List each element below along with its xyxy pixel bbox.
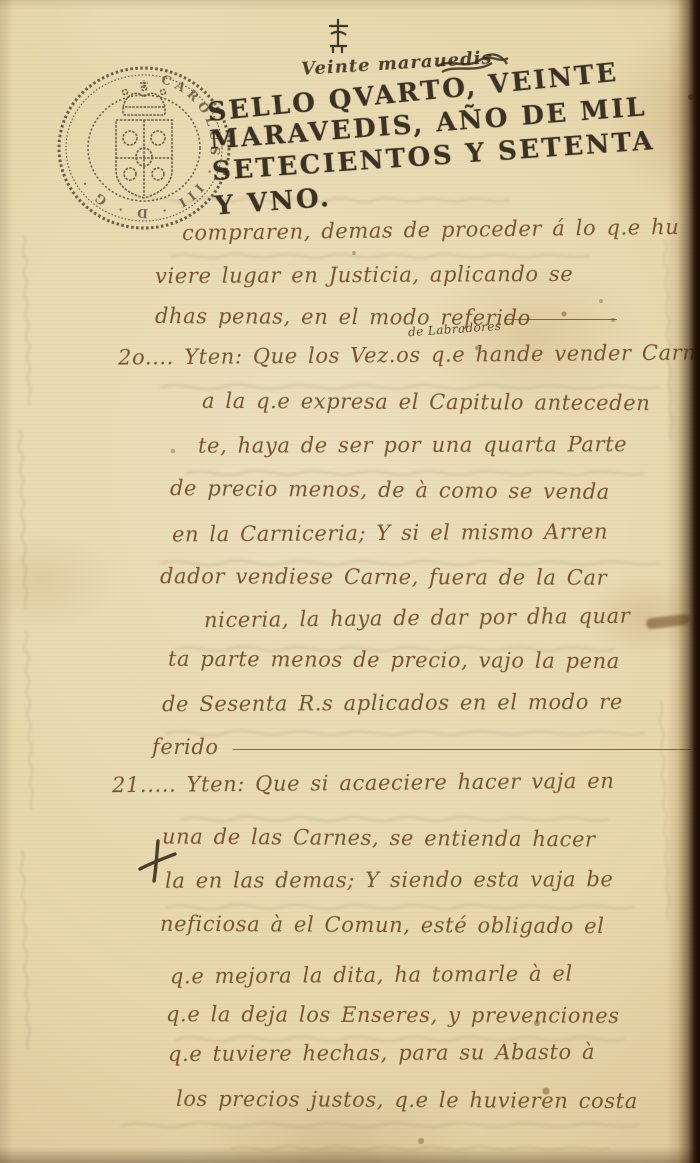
manuscript-line: la en las demas; Y siendo esta vaja be — [165, 866, 613, 894]
notary-cross-icon — [321, 16, 355, 56]
manuscript-line-item-21: 21..... Yten: Que si acaeciere hacer vaj… — [112, 768, 615, 798]
end-of-clause-rule — [233, 749, 691, 750]
manuscript-line: viere lugar en Justicia, aplicando se — [155, 261, 573, 289]
manuscript-page: CAROLUS · III · D · G · Veint — [0, 0, 700, 1163]
manuscript-line: q.e tuviere hechas, para su Abasto à — [168, 1039, 595, 1067]
manuscript-line: te, haya de ser por una quarta Parte — [198, 431, 627, 458]
manuscript-line: q.e mejora la dita, ha tomarle à el — [170, 961, 573, 990]
bleedthrough-mark — [165, 726, 645, 742]
manuscript-line: los precios justos, q.e le huvieren cost… — [176, 1086, 638, 1114]
bleedthrough-mark — [12, 430, 32, 610]
manuscript-line: neficiosa à el Comun, esté obligado el — [160, 911, 605, 939]
manuscript-line: de Sesenta R.s aplicados en el modo re — [162, 689, 623, 717]
manuscript-line: en la Carniceria; Y si el mismo Arren — [172, 518, 608, 547]
manuscript-line: q.e la deja los Enseres, y prevenciones — [166, 1001, 620, 1029]
manuscript-line: ferido — [152, 734, 219, 760]
manuscript-line: dador vendiese Carne, fuera de la Car — [160, 563, 607, 591]
manuscript-line: a la q.e expresa el Capitulo anteceden — [202, 388, 650, 416]
manuscript-line: de precio menos, de à como se venda — [170, 475, 610, 505]
manuscript-line: una de las Carnes, se entienda hacer — [162, 823, 596, 852]
manuscript-line-item-20: 2o.... Yten: Que los Vez.os q.e hande ve… — [118, 339, 700, 370]
shield-icon — [116, 120, 172, 198]
printed-stamp-heading: SELLO QVARTO, VEINTE MARAVEDIS, AÑO DE M… — [206, 55, 699, 224]
page-edge-top — [0, 0, 700, 10]
bleedthrough-mark — [120, 1118, 640, 1134]
page-binding-edge — [666, 0, 700, 1163]
bleedthrough-mark — [18, 630, 38, 810]
bleedthrough-mark — [14, 850, 35, 1050]
bleedthrough-mark — [16, 235, 36, 405]
royal-seal-stamp: CAROLUS · III · D · G · — [55, 64, 233, 232]
manuscript-line: ta parte menos de precio, vajo la pena — [168, 646, 620, 674]
page-edge-bottom — [0, 1147, 700, 1163]
end-of-clause-rule — [505, 319, 617, 320]
page-edge-left — [0, 0, 14, 1163]
manuscript-line: niceria, la haya de dar por dha quar — [204, 603, 631, 633]
manuscript-line: compraren, demas de proceder á lo q.e hu — [182, 214, 680, 246]
